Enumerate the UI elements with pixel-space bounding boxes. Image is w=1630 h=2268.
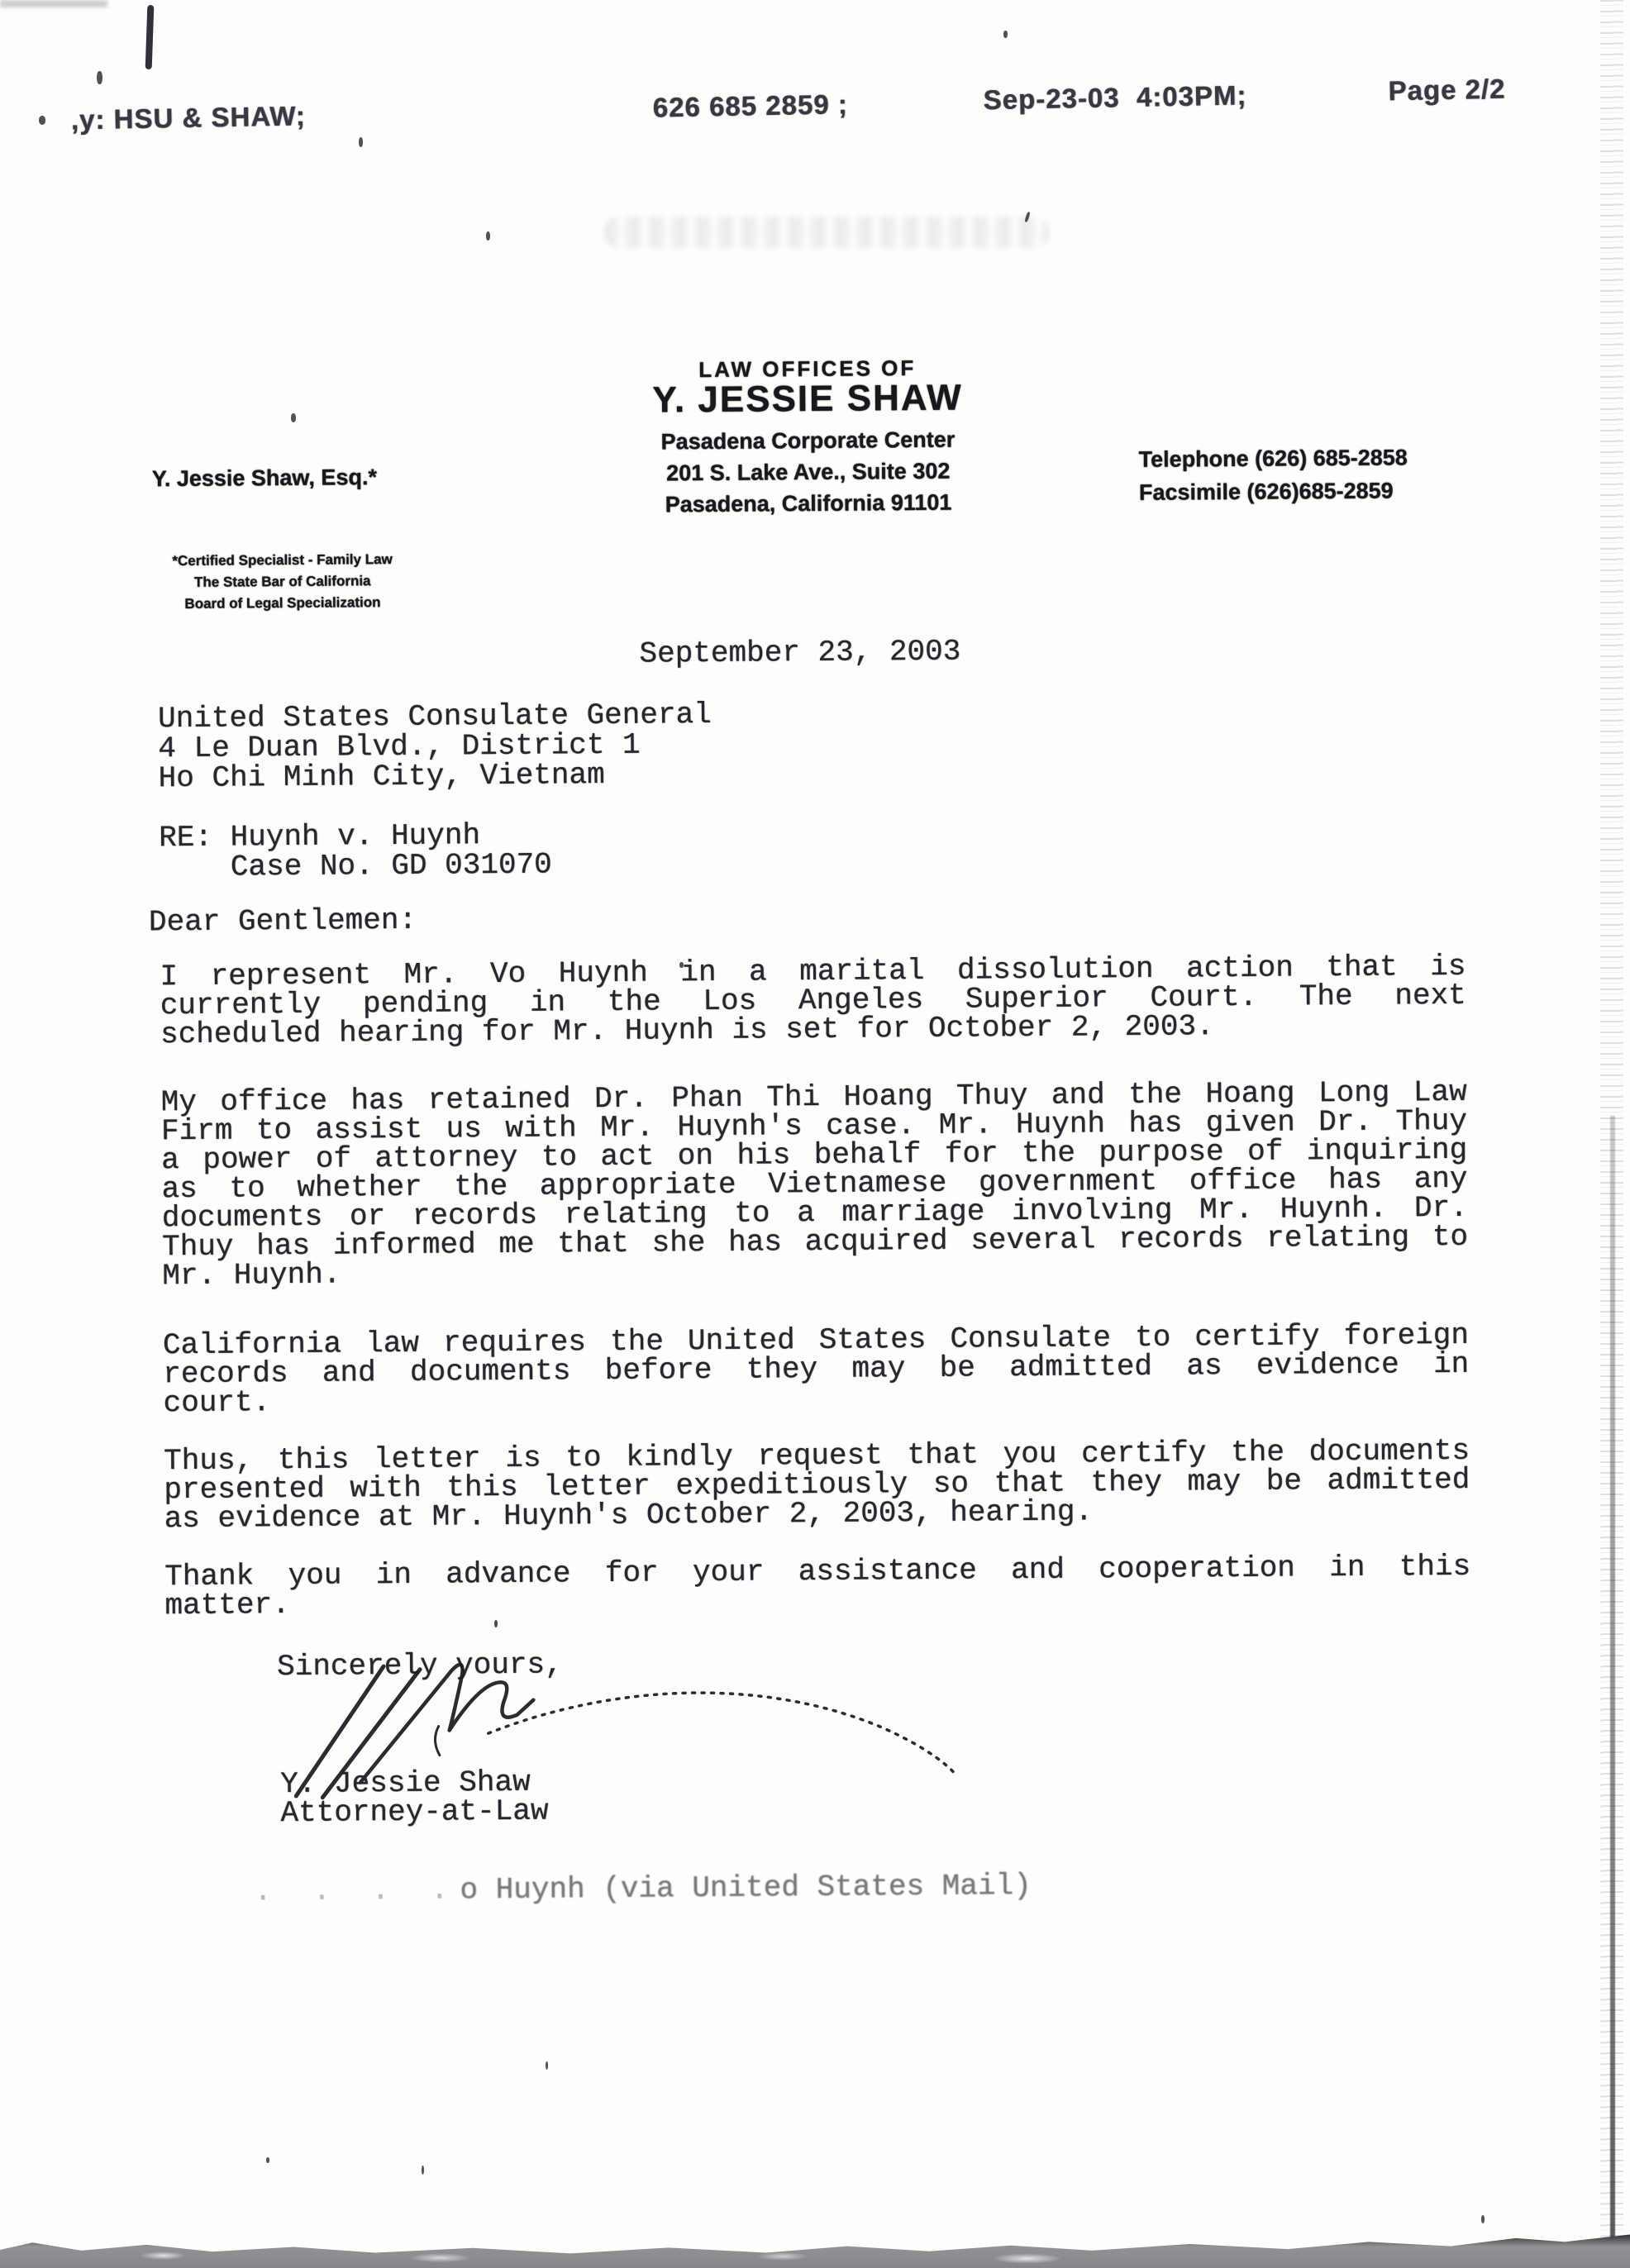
right-edge-scan-line [1610, 1116, 1615, 2268]
salutation: Dear Gentlemen: [149, 906, 417, 937]
scan-artifact-speck [422, 2166, 424, 2175]
recipient-address: United States Consulate General4 Le Duan… [158, 700, 713, 793]
cc-text: o Huynh (via United States Mail) [460, 1869, 1032, 1907]
body-paragraph-1: I represent Mr. Vo Huynh in a marital di… [160, 952, 1466, 1049]
letterhead-telephone: Telephone (626) 685-2858 [1138, 445, 1407, 473]
scan-artifact-speck [39, 116, 45, 125]
letterhead-attorney-name: Y. Jessie Shaw, Esq.* [152, 465, 377, 492]
text-line: Pasadena Corporate Center [477, 422, 1138, 459]
body-paragraph-2: My office has retained Dr. Phan Thi Hoan… [161, 1078, 1469, 1290]
body-paragraph-4: Thus, this letter is to kindly request t… [164, 1437, 1470, 1533]
scan-artifact-speck [494, 1620, 498, 1627]
scan-artifact-speck [266, 2157, 269, 2163]
scan-artifact-speck [97, 71, 102, 84]
text-line: Board of Legal Specialization [146, 592, 419, 616]
scan-artifact-speck [546, 2061, 548, 2070]
text-line: Case No. GD 031070 [159, 850, 552, 883]
scan-artifact-speck [291, 413, 296, 422]
cc-faded-prefix: . . . . [254, 1873, 460, 1908]
letterhead-credentials: *Certified Specialist - Family LawThe St… [145, 549, 419, 616]
text-line: Pasadena, California 91101 [478, 485, 1139, 522]
scanned-fax-letter-page: ,y: HSU & SHAW; 626 685 2859 ; Sep-23-03… [0, 0, 1630, 2268]
text-line: 201 S. Lake Ave., Suite 302 [478, 454, 1139, 490]
text-line: *Certified Specialist - Family Law [145, 549, 418, 573]
scan-artifact-speck [679, 962, 684, 968]
scan-artifact-speck [359, 137, 363, 147]
scan-artifact-speck [1003, 31, 1008, 38]
re-subject-block: RE: Huynh v. Huynh Case No. GD 031070 [159, 820, 552, 883]
text-line: The State Bar of California [146, 570, 419, 594]
body-paragraph-5: Thank you in advance for your assistance… [164, 1552, 1471, 1620]
letter-date: September 23, 2003 [639, 637, 960, 669]
cc-line: . . . .o Huynh (via United States Mail) [254, 1871, 1032, 1906]
letter-body: LAW OFFICES OF Y. JESSIE SHAW Pasadena C… [0, 0, 1630, 2268]
letterhead-address: Pasadena Corporate Center201 S. Lake Ave… [477, 422, 1139, 522]
text-line: Ho Chi Minh City, Vietnam [158, 760, 712, 793]
signer-title: Attorney-at-Law [280, 1797, 548, 1828]
letterhead-facsimile: Facsimile (626)685-2859 [1139, 478, 1394, 505]
ghost-text-smudge [603, 217, 1050, 248]
text-line: scheduled hearing for Mr. Huynh is set f… [160, 1010, 1466, 1049]
letterhead-firm-name: Y. JESSIE SHAW [477, 376, 1138, 422]
scan-artifact-speck [1481, 2215, 1485, 2223]
text-line: as evidence at Mr. Huynh's October 2, 20… [164, 1494, 1470, 1533]
scan-artifact-speck [486, 231, 490, 241]
body-paragraph-3: California law requires the United State… [163, 1321, 1470, 1417]
scan-top-edge-smudge [0, 0, 107, 7]
